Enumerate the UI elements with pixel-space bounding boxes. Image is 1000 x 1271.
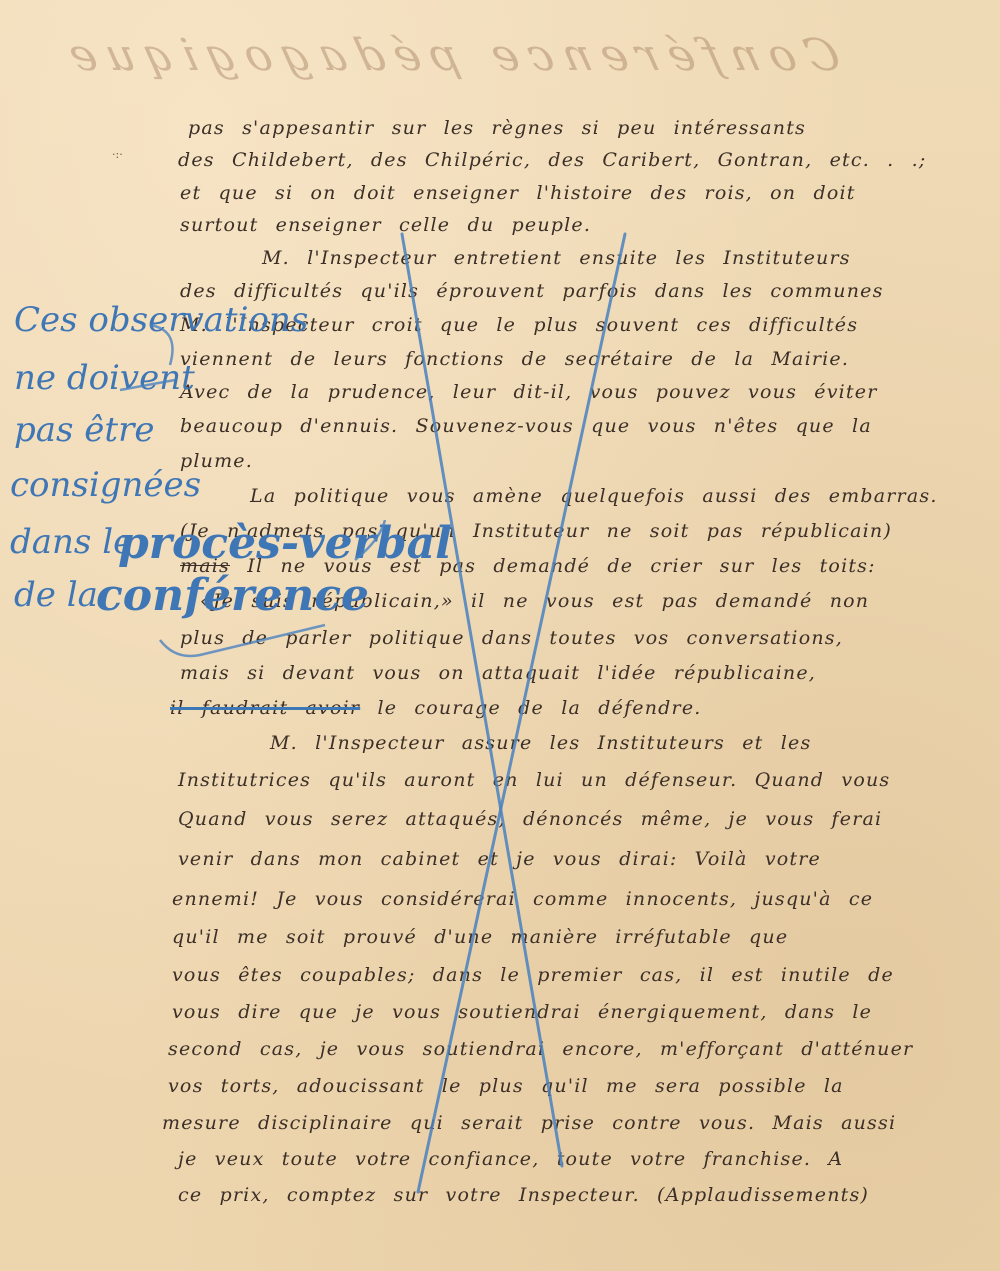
- manuscript-page: Conférence pédagogique ·:· pas s'appesan…: [0, 0, 1000, 1271]
- blue-pencil-cross-out: [0, 0, 1000, 1271]
